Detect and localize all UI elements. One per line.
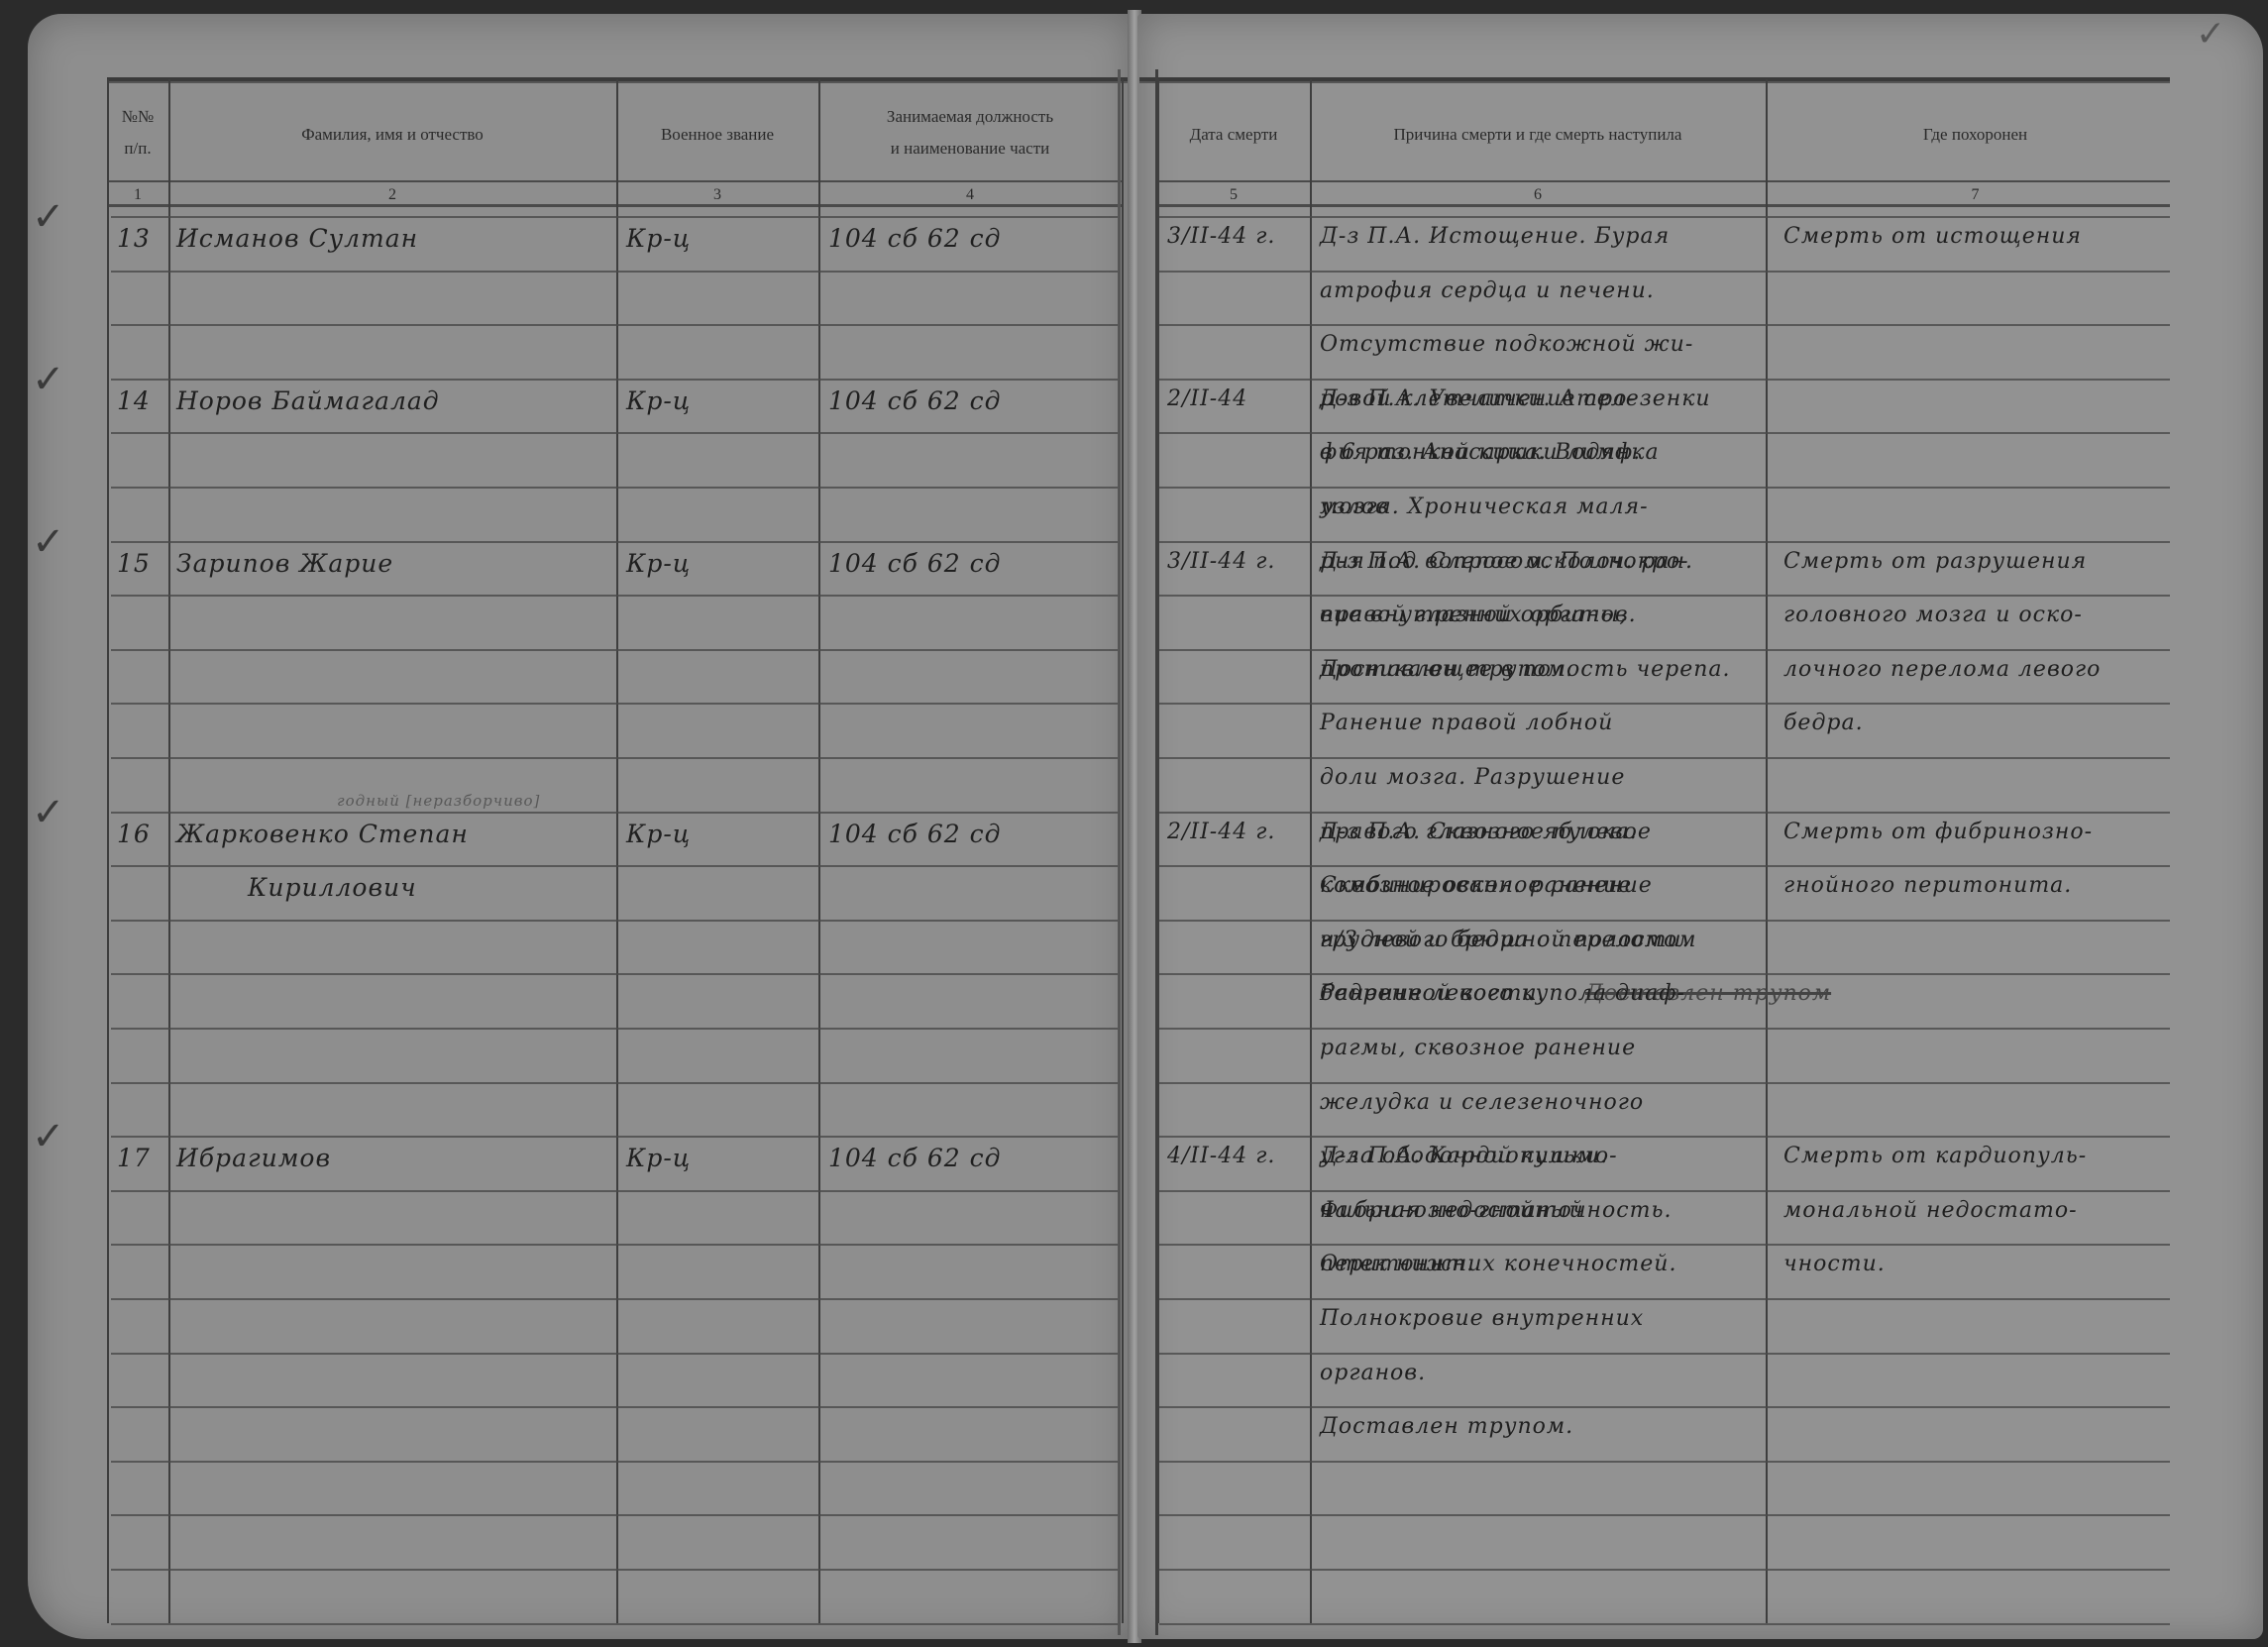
column-divider [1122,79,1124,1623]
column-number: 6 [1310,186,1766,204]
row-rule [1159,920,2170,922]
row-rule [1159,973,2170,975]
row-rule [111,703,1118,705]
burial-note-line: мональной недостато- [1783,1198,2078,1223]
soldier-name: Исманов Султан [176,224,418,253]
row-rule [1159,649,2170,651]
cause-of-death-line: грудной и брюшной полости. [1320,928,1690,952]
row-rule [1159,1082,2170,1084]
cause-of-death-line: мозга. Хроническая маля- [1320,494,1649,519]
entry-number: 16 [117,820,151,848]
unit-name: 104 сб 62 сд [828,386,1001,415]
row-rule [111,1569,1118,1571]
column-header: Военное звание [616,119,818,151]
row-rule [1159,1244,2170,1246]
row-rule [1159,1514,2170,1516]
entry-number: 13 [117,224,151,253]
row-rule [1159,1190,2170,1192]
unit-name: 104 сб 62 сд [828,224,1001,253]
military-rank: Кр-ц [626,1144,691,1172]
right-page [1137,14,2263,1639]
column-header-line: Дата смерти [1157,119,1310,151]
column-header: Причина смерти и где смерть наступила [1310,119,1766,151]
row-rule [1159,216,2170,218]
column-divider [818,79,820,1623]
cause-of-death-line: Ранение правой лобной [1320,711,1613,735]
row-rule [1159,757,2170,759]
row-rule [111,1082,1118,1084]
row-rule [111,973,1118,975]
row-rule [1159,1353,2170,1355]
row-rule [111,812,1118,814]
unit-name: 104 сб 62 сд [828,549,1001,578]
row-rule [1159,595,2170,597]
column-divider [107,79,109,1623]
soldier-name: Ибрагимов [176,1144,331,1172]
row-rule [111,1136,1118,1138]
column-number: 4 [818,186,1122,204]
cause-of-death-line: желудка и селезеночного [1320,1090,1644,1115]
row-rule [111,1461,1118,1463]
burial-note-line: чности. [1783,1252,1886,1276]
row-rule [1159,812,2170,814]
column-header: Где похоронен [1766,119,2185,151]
row-rule [111,216,1118,218]
check-mark-icon: ✓ [32,790,65,835]
row-rule [111,757,1118,759]
burial-note-line: Смерть от фибринозно- [1783,820,2093,844]
cause-of-death-line: комбинированное ранение [1320,873,1653,898]
row-rule [1159,1406,2170,1408]
soldier-name: Жарковенко Степан [176,820,469,848]
column-divider [168,79,170,1623]
check-mark-icon: ✓ [32,519,65,565]
row-rule [111,1190,1118,1192]
cause-of-death-line: атрофия сердца и печени. [1320,278,1655,303]
entry-number: 15 [117,549,151,578]
row-rule [1159,703,2170,705]
burial-note-line: головного мозга и оско- [1783,603,2083,627]
death-date: 3/II-44 г. [1167,549,1275,574]
corner-check-mark-icon: ✓ [2196,14,2225,55]
row-rule [111,541,1118,543]
cause-of-death-line: Полнокровие внутренних [1320,1306,1644,1331]
column-header: Фамилия, имя и отчество [168,119,616,151]
row-rule [1159,865,2170,867]
burial-note-line: бедра. [1783,711,1864,735]
column-header: Занимаемая должностьи наименование части [818,101,1122,165]
cause-of-death-line: Д-з П.А. Сквозное пулевое [1320,820,1652,844]
column-header-line: Где похоронен [1766,119,2185,151]
row-rule [1159,1623,2170,1625]
column-header-line: Причина смерти и где смерть наступила [1310,119,1766,151]
column-header: Дата смерти [1157,119,1310,151]
row-rule [111,1298,1118,1300]
cause-of-death-line: Отсутствие подкожной жи- [1320,332,1693,357]
cause-of-death-line: рагмы, сквозное ранение [1320,1036,1636,1060]
row-rule [111,1406,1118,1408]
row-rule [111,432,1118,434]
column-number: 3 [616,186,818,204]
right-page-edge [1155,69,1158,1635]
row-rule [1159,487,2170,489]
burial-note-line: лочного перелома левого [1783,657,2101,682]
column-number: 5 [1157,186,1310,204]
row-rule [1159,271,2170,273]
top-rule-right [1139,77,2170,83]
column-header-line: Военное звание [616,119,818,151]
death-date: 2/II-44 [1167,386,1247,411]
soldier-name: Норов Баймагалад [176,386,440,415]
column-number: 2 [168,186,616,204]
header-divider [107,180,1122,182]
cause-of-death-line: Д-з П.А. Кардиопульмо- [1320,1144,1618,1168]
row-rule [111,1028,1118,1030]
left-page-edge [1118,69,1121,1635]
burial-note-line: гнойного перитонита. [1783,873,2072,898]
row-rule [111,1623,1118,1625]
cause-of-death-line: в 6 раз. Анасарка. Водянка [1320,440,1660,465]
military-rank: Кр-ц [626,549,691,578]
row-rule [111,379,1118,381]
row-rule [1159,1569,2170,1571]
row-rule [111,1514,1118,1516]
burial-note-line: Смерть от кардиопуль- [1783,1144,2087,1168]
row-rule [1159,324,2170,326]
column-header-line: и наименование части [818,133,1122,165]
column-header-line: п/п. [107,133,168,165]
cause-of-death-line: нальная недостаточность. [1320,1198,1672,1223]
row-rule [111,1244,1118,1246]
death-date: 3/II-44 г. [1167,224,1275,249]
row-rule [111,865,1118,867]
row-rule [111,649,1118,651]
row-rule [1159,1028,2170,1030]
death-date: 4/II-44 г. [1167,1144,1275,1168]
row-rule [111,595,1118,597]
burial-note-line: Смерть от разрушения [1783,549,2087,574]
soldier-name: Зарипов Жарие [176,549,393,578]
military-rank: Кр-ц [626,386,691,415]
cause-of-death-line: Ранение левого купола диаф- [1320,981,1685,1006]
row-rule [1159,1136,2170,1138]
military-rank: Кр-ц [626,224,691,253]
check-mark-icon: ✓ [32,1114,65,1159]
check-mark-icon: ✓ [32,194,65,240]
header-bottom-rule [107,204,1122,207]
row-rule [111,487,1118,489]
row-rule [111,324,1118,326]
column-header-line: Занимаемая должность [818,101,1122,133]
cause-of-death-line: правой глазной орбиты, [1320,603,1627,627]
unit-name: 104 сб 62 сд [828,820,1001,848]
column-divider [616,79,618,1623]
unit-name: 104 сб 62 сд [828,1144,1001,1172]
row-rule [1159,379,2170,381]
row-rule [111,1353,1118,1355]
column-header-line: Фамилия, имя и отчество [168,119,616,151]
cause-of-death-line: проникающее в полость черепа. [1320,657,1731,682]
military-rank: Кр-ц [626,820,691,848]
cause-of-death-line: Д-з П.А. Увеличение селезенки [1320,386,1711,411]
cause-of-death-line: Доставлен трупом. [1320,1414,1573,1439]
burial-note-line: Смерть от истощения [1783,224,2082,249]
row-rule [111,920,1118,922]
row-rule [1159,1461,2170,1463]
name-annotation: годный [неразборчиво] [337,792,540,810]
check-mark-icon: ✓ [32,357,65,402]
column-divider [1766,79,1768,1623]
entry-number: 14 [117,386,151,415]
cause-of-death-line: Д-з П.А. Слепое осколоч. ран. [1320,549,1693,574]
row-rule [1159,541,2170,543]
cause-of-death-line: доли мозга. Разрушение [1320,765,1625,790]
entry-number: 17 [117,1144,151,1172]
column-header: №№п/п. [107,101,168,165]
cause-of-death-line: органов. [1320,1361,1426,1385]
column-divider [1310,79,1312,1623]
soldier-name: Кириллович [248,873,417,902]
row-rule [111,271,1118,273]
cause-of-death-line: Отек нижних конечностей. [1320,1252,1676,1276]
column-header-line: №№ [107,101,168,133]
column-number: 1 [107,186,168,204]
column-number: 7 [1766,186,2185,204]
row-rule [1159,1298,2170,1300]
cause-of-death-line: Д-з П.А. Истощение. Бурая [1320,224,1670,249]
death-date: 2/II-44 г. [1167,820,1275,844]
row-rule [1159,432,2170,434]
